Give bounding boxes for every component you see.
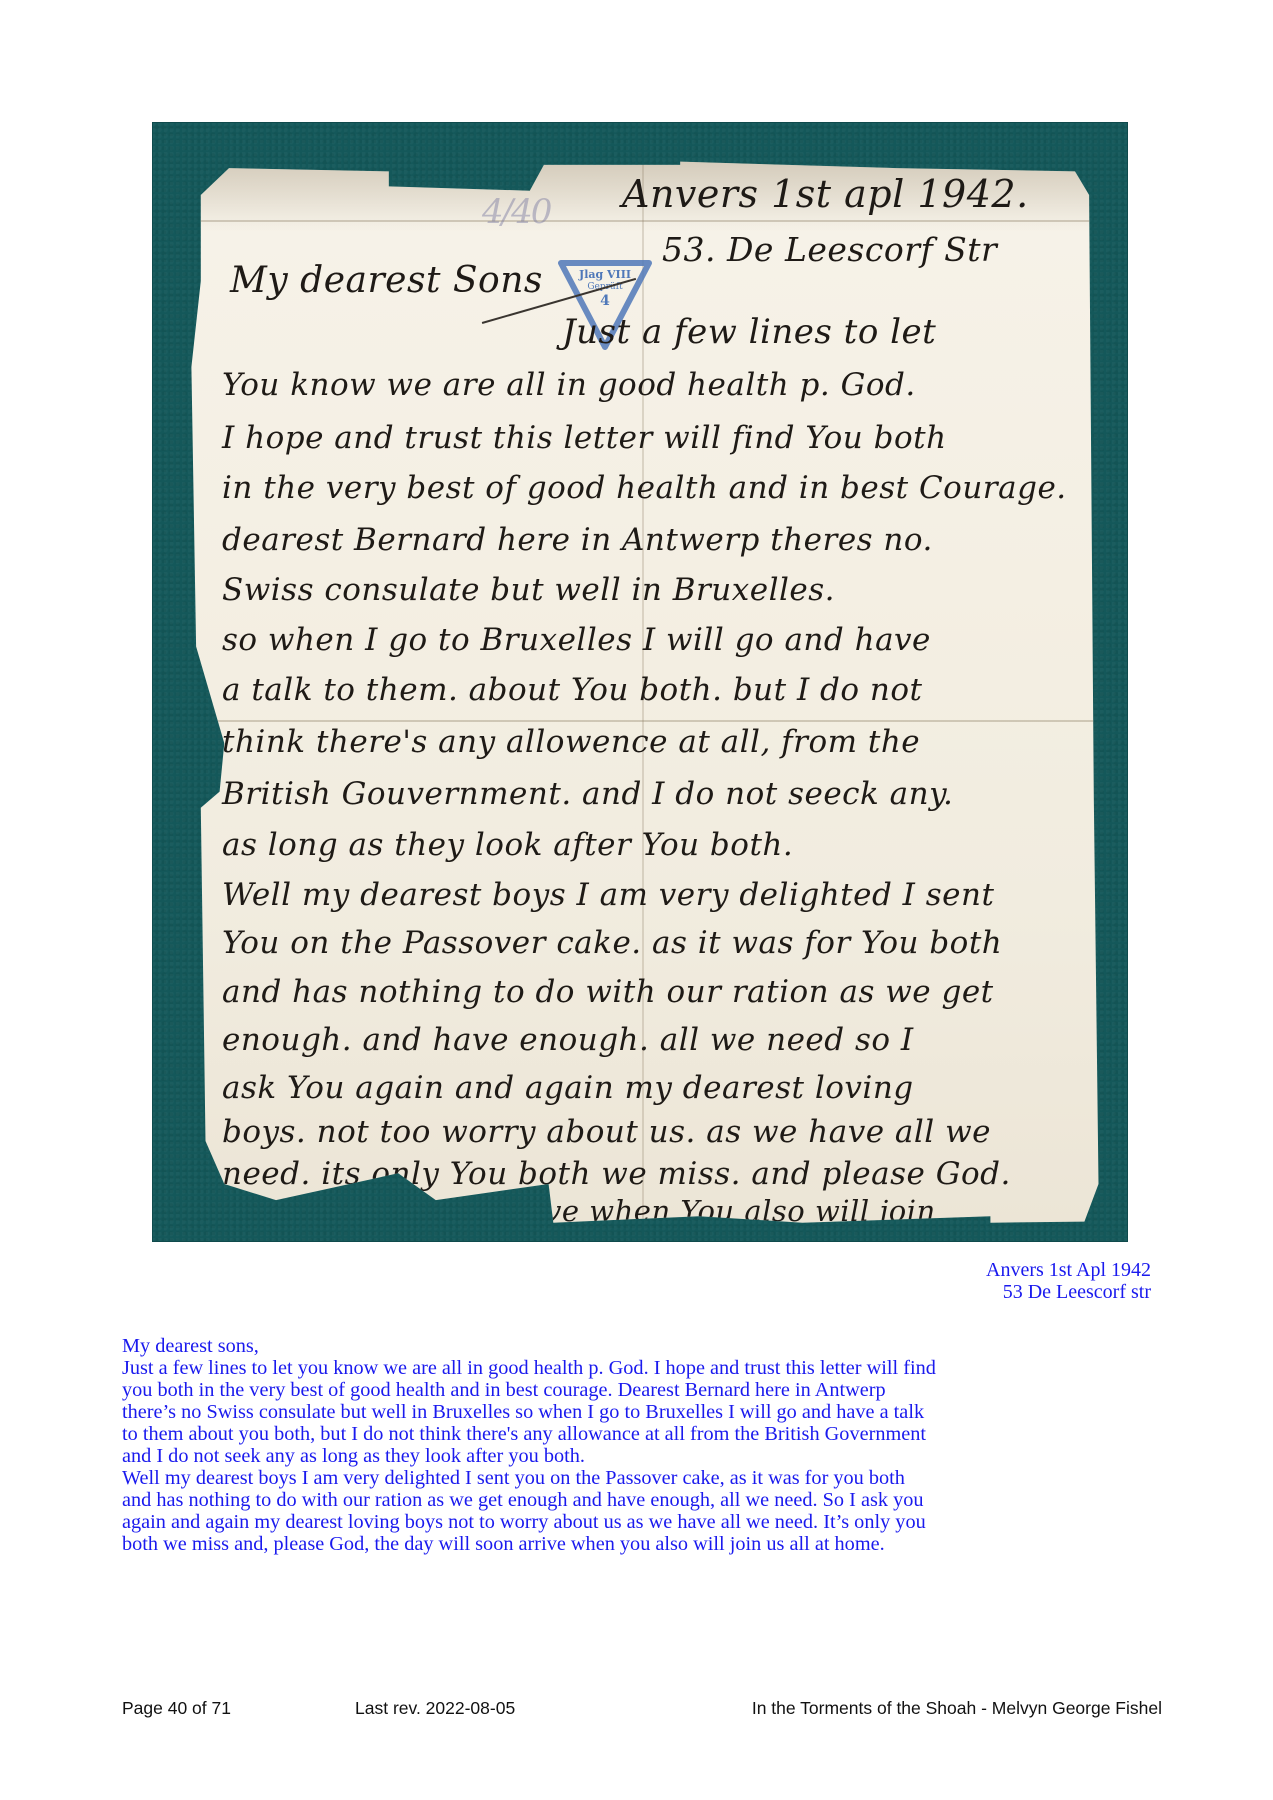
handwritten-salutation: My dearest Sons [230, 260, 543, 301]
handwritten-line: and has nothing to do with our ration as… [222, 974, 994, 1010]
paper-fold-line [182, 220, 1122, 222]
letter-paper: 4/40 Jlag VIII Geprüft 4 Anvers 1st apl … [182, 152, 1122, 1227]
handwritten-line: in the very best of good health and in b… [222, 470, 1067, 506]
transcription-line: you both in the very best of good health… [122, 1379, 1162, 1401]
handwritten-line: Well my dearest boys I am very delighted… [222, 877, 994, 913]
transcription-line: My dearest sons, [122, 1335, 1162, 1357]
handwritten-line: think there's any allowence at all, from… [222, 724, 920, 760]
handwritten-line: a talk to them. about You both. but I do… [222, 672, 923, 708]
handwritten-line: boys. not too worry about us. as we have… [222, 1114, 991, 1150]
transcription-line: Well my dearest boys I am very delighted… [122, 1467, 1162, 1489]
transcription-line: Just a few lines to let you know we are … [122, 1357, 1162, 1379]
transcription-line: and has nothing to do with our ration as… [122, 1489, 1162, 1511]
page-number: Page 40 of 71 [122, 1698, 231, 1719]
handwritten-line: You know we are all in good health p. Go… [222, 367, 916, 403]
handwritten-line: I hope and trust this letter will find Y… [222, 420, 947, 456]
transcribed-address: Anvers 1st Apl 1942 53 De Leescorf str [986, 1259, 1151, 1303]
transcription-line: both we miss and, please God, the day wi… [122, 1533, 1162, 1555]
address-street-line: 53 De Leescorf str [986, 1281, 1151, 1303]
handwritten-line: enough. and have enough. all we need so … [222, 1022, 914, 1058]
handwritten-line: Swiss consulate but well in Bruxelles. [222, 572, 835, 608]
handwritten-address: 53. De Leescorf Str [662, 230, 997, 269]
handwritten-line: dearest Bernard here in Antwerp theres n… [222, 522, 933, 558]
transcription-line: to them about you both, but I do not thi… [122, 1423, 1162, 1445]
transcription-line: there’s no Swiss consulate but well in B… [122, 1401, 1162, 1423]
handwritten-line: need. its only You both we miss. and ple… [222, 1156, 1011, 1192]
document-title: In the Torments of the Shoah - Melvyn Ge… [752, 1698, 1162, 1719]
page-footer: Page 40 of 71 Last rev. 2022-08-05 In th… [122, 1698, 1162, 1722]
handwritten-line: You on the Passover cake. as it was for … [222, 925, 1002, 961]
paper-fold-line [182, 720, 1122, 722]
handwritten-line: ask You again and again my dearest lovin… [222, 1070, 914, 1106]
transcription-line: again and again my dearest loving boys n… [122, 1511, 1162, 1533]
revision-date: Last rev. 2022-08-05 [355, 1698, 515, 1719]
handwritten-date: Anvers 1st apl 1942. [622, 172, 1029, 216]
address-date-line: Anvers 1st Apl 1942 [986, 1259, 1151, 1281]
handwritten-line: British Gouvernment. and I do not seeck … [222, 776, 953, 812]
letter-photograph: 4/40 Jlag VIII Geprüft 4 Anvers 1st apl … [152, 122, 1128, 1242]
handwritten-line: the day will soon arrive when You also w… [222, 1194, 936, 1228]
handwritten-line: Just a few lines to let [562, 312, 936, 352]
transcription-line: and I do not seek any as long as they lo… [122, 1445, 1162, 1467]
stamp-line-1: Jlag VIII [557, 269, 653, 281]
handwritten-line: as long as they look after You both. [222, 827, 793, 863]
pencil-annotation: 4/40 [482, 192, 550, 232]
handwritten-line: so when I go to Bruxelles I will go and … [222, 622, 931, 658]
letter-transcription: My dearest sons, Just a few lines to let… [122, 1335, 1162, 1555]
